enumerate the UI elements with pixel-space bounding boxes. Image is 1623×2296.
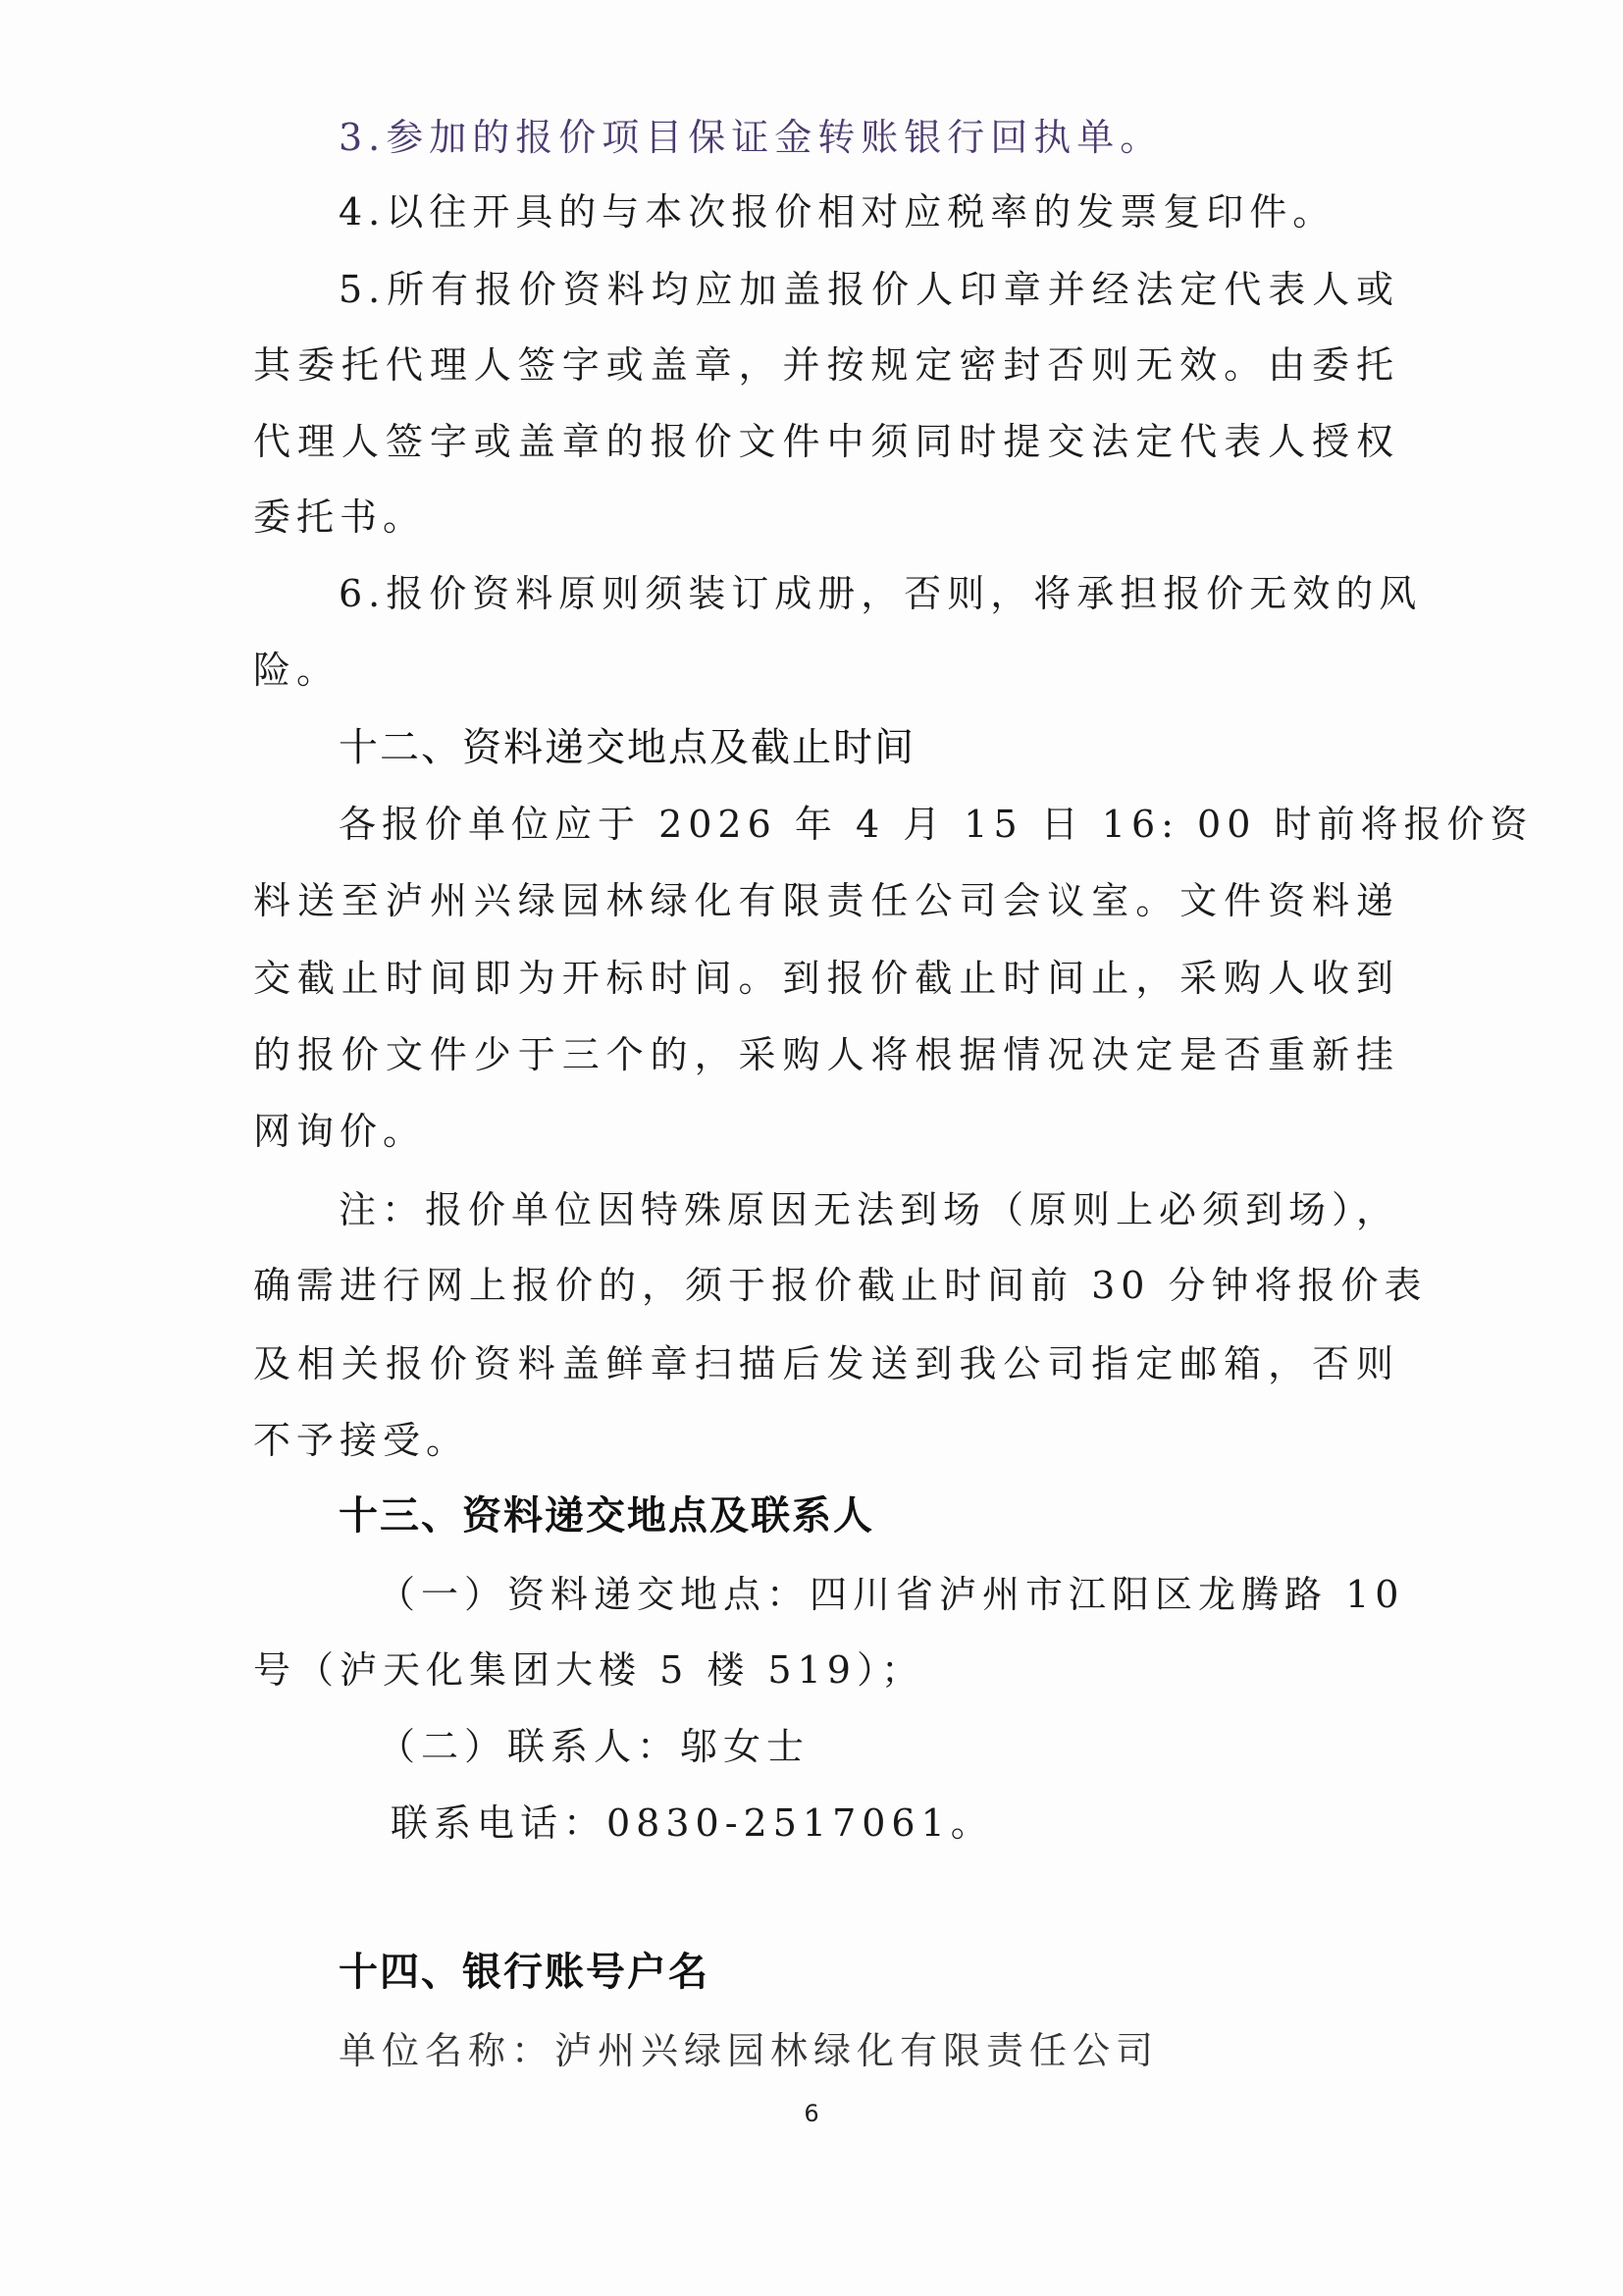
section-12-paragraph-line-5: 网询价。 (253, 1106, 1399, 1157)
page-number: 6 (0, 2100, 1623, 2127)
section-12-heading: 十二、资料递交地点及截止时间 (339, 722, 916, 773)
item-5-line-3: 代理人签字或盖章的报价文件中须同时提交法定代表人授权 (253, 416, 1399, 467)
item-5-line-4: 委托书。 (253, 492, 1399, 543)
section-13-heading: 十三、资料递交地点及联系人 (339, 1490, 874, 1541)
section-12-note-line-3: 及相关报价资料盖鲜章扫描后发送到我公司指定邮箱，否则 (253, 1338, 1399, 1389)
section-12-note-line-1: 注：报价单位因特殊原因无法到场（原则上必须到场）， (339, 1184, 1399, 1235)
item-5-line-1: 5.所有报价资料均应加盖报价人印章并经法定代表人或 (339, 264, 1399, 315)
section-12-paragraph-line-4: 的报价文件少于三个的，采购人将根据情况决定是否重新挂 (253, 1029, 1399, 1080)
section-13-contact-person: （二）联系人：邬女士 (378, 1721, 1399, 1772)
item-6-line-2: 险。 (253, 645, 1399, 696)
section-14-unit-name: 单位名称：泸州兴绿园林绿化有限责任公司 (339, 2025, 1399, 2076)
item-6-line-1: 6.报价资料原则须装订成册，否则，将承担报价无效的风 (339, 568, 1399, 619)
document-page: 3.参加的报价项目保证金转账银行回执单。 4.以往开具的与本次报价相对应税率的发… (0, 0, 1623, 2296)
section-13-contact-phone: 联系电话：0830-2517061。 (391, 1798, 1537, 1849)
section-12-paragraph-line-1: 各报价单位应于 2026 年 4 月 15 日 16: 00 时前将报价资 (339, 799, 1399, 850)
section-12-paragraph-line-3: 交截止时间即为开标时间。到报价截止时间止，采购人收到 (253, 953, 1399, 1004)
section-12-note-line-4: 不予接受。 (253, 1415, 1399, 1466)
item-5-line-2: 其委托代理人签字或盖章，并按规定密封否则无效。由委托 (253, 339, 1399, 391)
section-12-paragraph-line-2: 料送至泸州兴绿园林绿化有限责任公司会议室。文件资料递 (253, 875, 1399, 926)
section-14-heading: 十四、银行账号户名 (339, 1947, 709, 1998)
section-13-address-line-2: 号（泸天化集团大楼 5 楼 519）； (253, 1644, 1399, 1696)
section-12-note-line-2: 确需进行网上报价的，须于报价截止时间前 30 分钟将报价表 (253, 1260, 1399, 1311)
item-3-line-1: 3.参加的报价项目保证金转账银行回执单。 (339, 112, 1399, 163)
item-4-line-1: 4.以往开具的与本次报价相对应税率的发票复印件。 (339, 186, 1399, 237)
section-13-address-line-1: （一）资料递交地点：四川省泸州市江阳区龙腾路 10 (378, 1569, 1399, 1620)
